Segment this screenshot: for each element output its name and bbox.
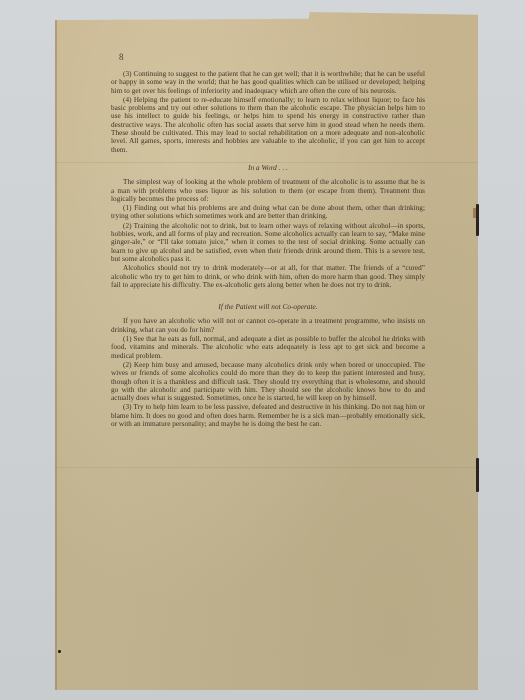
paragraph-item-4: (4) Helping the patient to re-educate hi… (111, 96, 425, 154)
document-body: (3) Continuing to suggest to the patient… (111, 70, 425, 429)
staple-top (476, 204, 479, 236)
paragraph-busy: (2) Keep him busy and amused, because ma… (111, 361, 425, 402)
page-edge (55, 12, 57, 690)
paper-spot (58, 650, 61, 653)
paragraph-training: (2) Training the alcoholic not to drink,… (111, 222, 425, 263)
paragraph-diet: (1) See that he eats as full, normal, an… (111, 335, 425, 360)
paragraph-simplest-way: The simplest way of looking at the whole… (111, 178, 425, 203)
section-heading-in-a-word: In a Word . . . (111, 164, 425, 172)
paper-crease (55, 467, 478, 468)
paragraph-moderately: Alcoholics should not try to drink moder… (111, 264, 425, 289)
page-number: 8 (119, 52, 124, 62)
section-heading-not-cooperate: If the Patient will not Co-operate. (111, 303, 425, 311)
paragraph-will-not: If you have an alcoholic who will not or… (111, 317, 425, 334)
paragraph-passive: (3) Try to help him learn to be less pas… (111, 403, 425, 428)
staple-bottom (476, 458, 479, 492)
paragraph-item-3: (3) Continuing to suggest to the patient… (111, 70, 425, 95)
paragraph-finding-out: (1) Finding out what his problems are an… (111, 204, 425, 221)
